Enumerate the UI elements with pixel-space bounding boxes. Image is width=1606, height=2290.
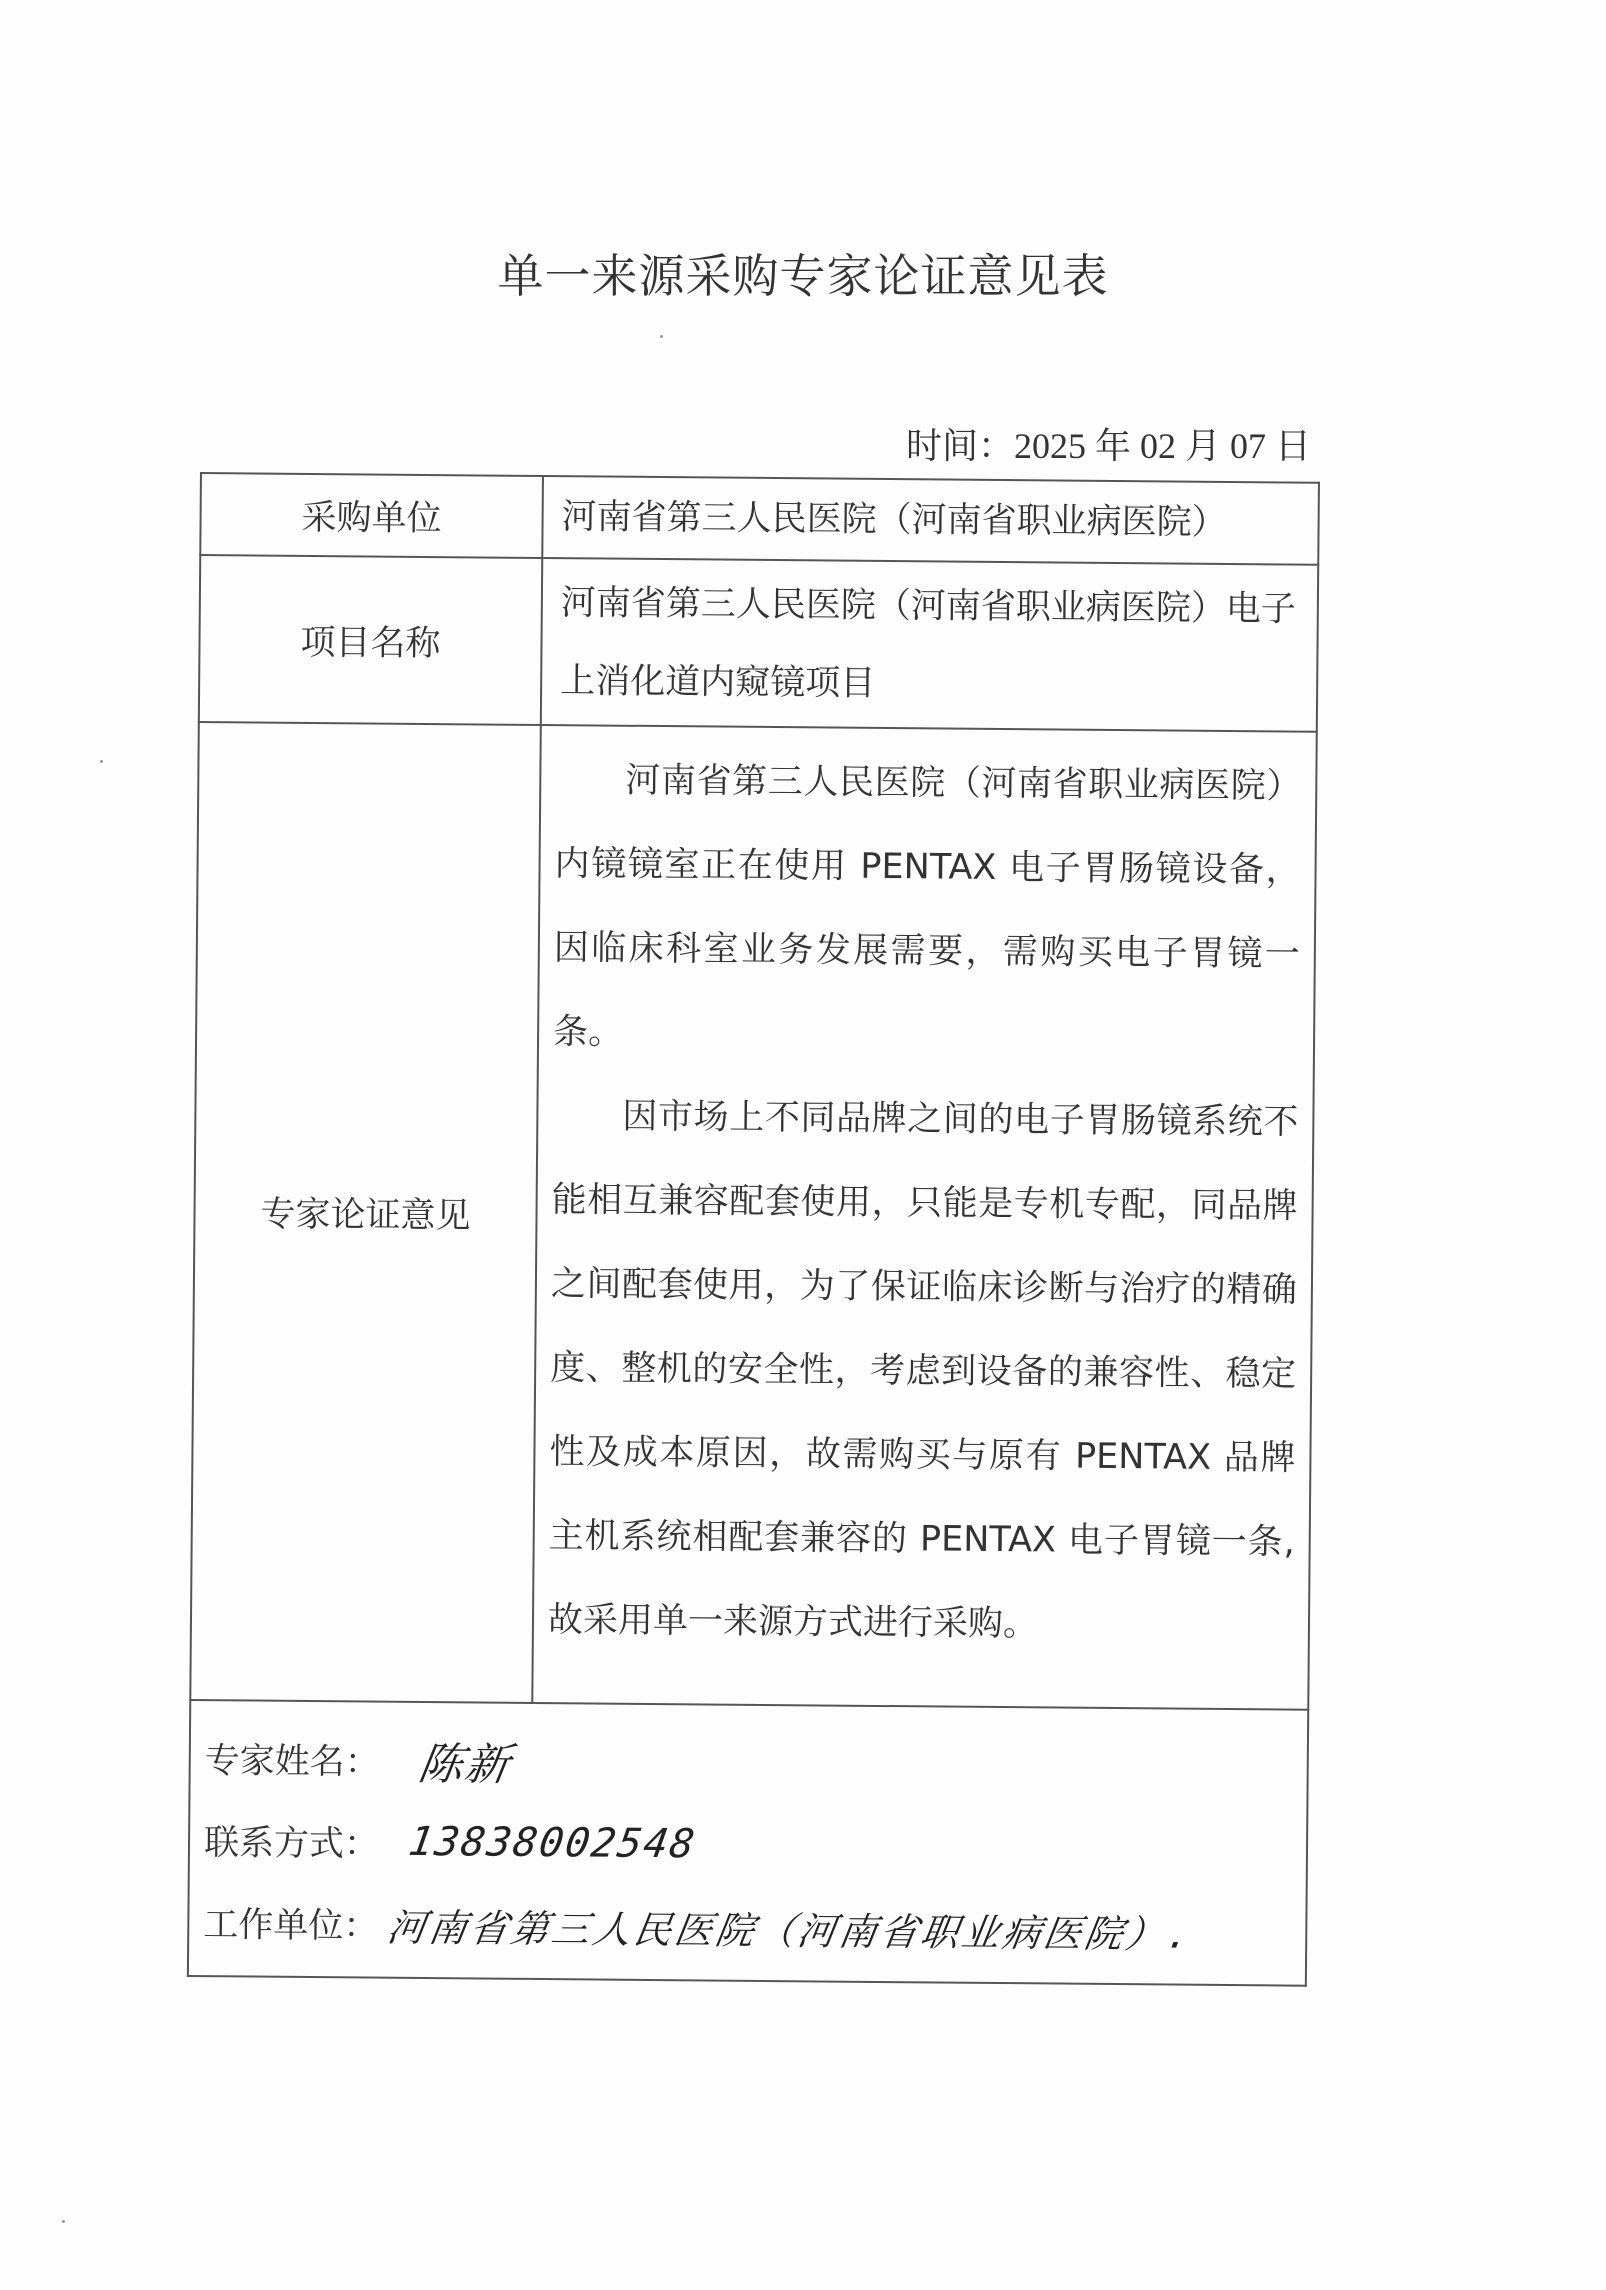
purchasing-unit-value: 河南省第三人民医院（河南省职业病医院） <box>542 476 1319 565</box>
expert-contact-line: 联系方式： 13838002548 <box>204 1799 1291 1890</box>
expert-contact-handwritten: 13838002548 <box>406 1819 700 1867</box>
expert-name-signature: 陈新 <box>415 1728 517 1793</box>
date-month-unit: 月 <box>1185 426 1221 467</box>
expert-unit-label: 工作单位： <box>203 1897 378 1949</box>
expert-unit-handwritten: 河南省第三人民医院（河南省职业病医院）. <box>384 1896 1197 1958</box>
table-row-expert-opinion: 专家论证意见 河南省第三人民医院（河南省职业病医院）内镜镜室正在使用 PENTA… <box>190 722 1316 1710</box>
expert-contact-label: 联系方式： <box>204 1815 379 1867</box>
table-row-expert-info: 专家姓名： 陈新 联系方式： 13838002548 工作单位： 河南省第三人民… <box>188 1700 1308 1986</box>
expert-name-line: 专家姓名： 陈新 <box>204 1717 1291 1808</box>
document-title: 单一来源采购专家论证意见表 <box>0 240 1606 306</box>
scan-speck <box>62 2220 65 2223</box>
opinion-form-table: 采购单位 河南省第三人民医院（河南省职业病医院） 项目名称 河南省第三人民医院（… <box>187 472 1320 1987</box>
date-label: 时间： <box>906 426 1014 467</box>
table-row-project-name: 项目名称 河南省第三人民医院（河南省职业病医院）电子上消化道内窥镜项目 <box>199 555 1318 732</box>
table-row-purchasing-unit: 采购单位 河南省第三人民医院（河南省职业病医院） <box>200 473 1319 565</box>
expert-info-cell: 专家姓名： 陈新 联系方式： 13838002548 工作单位： 河南省第三人民… <box>188 1700 1308 1986</box>
date-day-unit: 日 <box>1275 426 1311 467</box>
opinion-paragraph-1: 河南省第三人民医院（河南省职业病医院）内镜镜室正在使用 PENTAX 电子胃肠镜… <box>553 738 1302 1080</box>
date-day: 07 <box>1230 426 1266 466</box>
expert-name-label: 专家姓名： <box>205 1733 380 1785</box>
expert-unit-line: 工作单位： 河南省第三人民医院（河南省职业病医院）. <box>203 1881 1290 1972</box>
expert-opinion-body: 河南省第三人民医院（河南省职业病医院）内镜镜室正在使用 PENTAX 电子胃肠镜… <box>532 725 1317 1710</box>
project-name-value: 河南省第三人民医院（河南省职业病医院）电子上消化道内窥镜项目 <box>541 558 1318 732</box>
date-year-unit: 年 <box>1095 426 1131 467</box>
date-year: 2025 <box>1014 426 1086 466</box>
document-page: 单一来源采购专家论证意见表 时间：2025 年 02 月 07 日 采购单位 河… <box>0 0 1606 2290</box>
date-line: 时间：2025 年 02 月 07 日 <box>906 418 1311 469</box>
scan-speck <box>100 760 103 763</box>
opinion-paragraph-2: 因市场上不同品牌之间的电子胃肠镜系统不能相互兼容配套使用，只能是专机专配，同品牌… <box>548 1074 1299 1668</box>
scan-speck <box>660 335 663 338</box>
purchasing-unit-label: 采购单位 <box>200 473 543 558</box>
date-month: 02 <box>1140 426 1176 466</box>
expert-opinion-label: 专家论证意见 <box>190 722 541 1703</box>
project-name-label: 项目名称 <box>199 555 542 725</box>
